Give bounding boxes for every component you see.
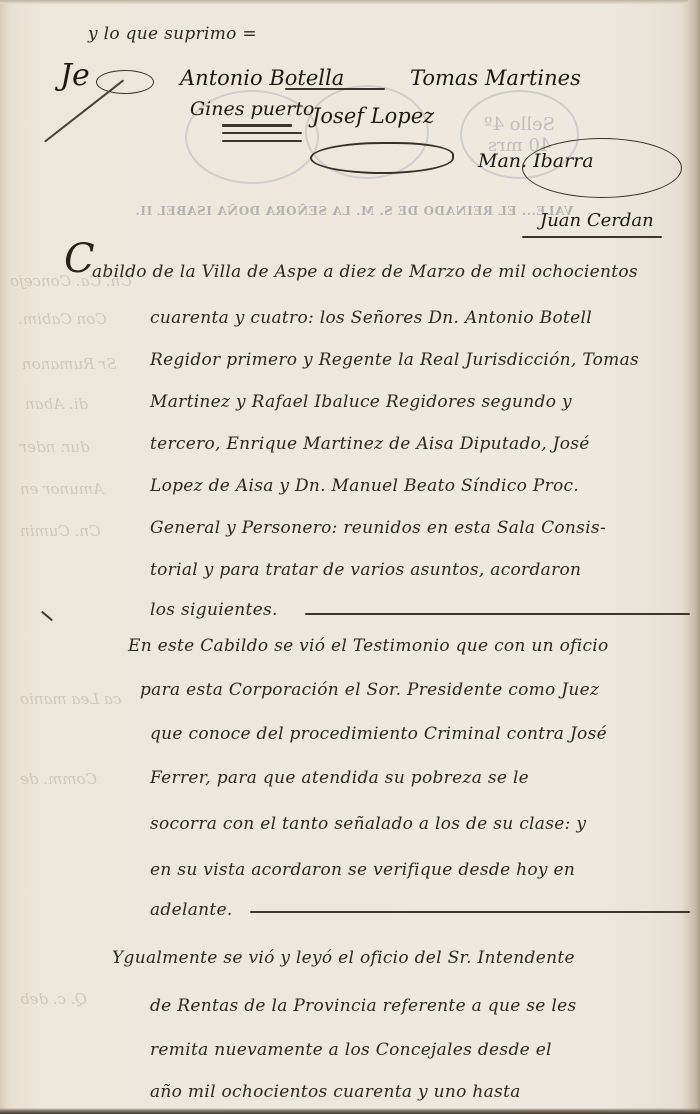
signature-underline xyxy=(222,140,302,142)
body-line: los siguientes. xyxy=(150,600,278,620)
manuscript-page: Cn. Ca. Concejo Con Cabim. Sr Rumanon di… xyxy=(0,0,700,1114)
signature-flourish xyxy=(522,138,682,198)
body-line: año mil ochocientos cuarenta y uno hasta xyxy=(150,1082,521,1102)
signature-underline xyxy=(522,236,662,238)
bleed-through-text: Cn. Cumin xyxy=(20,522,101,540)
paper-top-edge xyxy=(0,0,700,4)
body-line: adelante. xyxy=(150,900,233,920)
body-line: Lopez de Aisa y Dn. Manuel Beato Síndico… xyxy=(150,476,579,496)
body-line: tercero, Enrique Martinez de Aisa Diputa… xyxy=(150,434,590,454)
body-line: torial y para tratar de varios asuntos, … xyxy=(150,560,581,580)
body-line: en su vista acordaron se verifique desde… xyxy=(150,860,575,880)
signature-underline xyxy=(222,124,292,127)
line-filler-rule xyxy=(250,911,690,913)
bleed-through-text: dur. nder xyxy=(20,438,90,456)
signature-josef-lopez: Josef Lopez xyxy=(312,104,434,128)
body-line: Martinez y Rafael Ibaluce Regidores segu… xyxy=(150,392,572,412)
paper-bottom-edge xyxy=(0,1108,700,1114)
initial-letter: C xyxy=(64,236,95,282)
paper-spine-edge xyxy=(688,0,700,1114)
seal-text: Sello 4º xyxy=(484,114,555,135)
body-line: Ygualmente se vió y leyó el oficio del S… xyxy=(112,948,575,968)
reign-stamp-banner: VALE... EL REINADO DE S. M. LA SEÑORA DO… xyxy=(135,204,573,218)
bleed-through-text: Q. c. deb xyxy=(20,990,87,1008)
bleed-through-text: di. Aban xyxy=(25,395,88,413)
signature-underline xyxy=(285,88,385,90)
signature-antonio-botella: Antonio Botella xyxy=(180,66,344,90)
bleed-through-text: Sr Rumanon xyxy=(22,355,117,373)
bleed-through-text: Comm. de xyxy=(20,770,97,788)
signature-underline xyxy=(222,132,302,134)
body-line: Ferrer, para que atendida su pobreza se … xyxy=(150,768,529,788)
signature-flourish xyxy=(310,142,454,174)
line-filler-rule xyxy=(305,613,690,615)
body-line: socorra con el tanto señalado a los de s… xyxy=(150,814,586,834)
signature-juan-cerdan: Juan Cerdan xyxy=(540,210,654,231)
bleed-through-text: Amunor en xyxy=(20,480,104,498)
body-line: Regidor primero y Regente la Real Jurisd… xyxy=(150,350,639,370)
margin-mark xyxy=(41,611,53,622)
body-line: General y Personero: reunidos en esta Sa… xyxy=(150,518,606,538)
body-line: para esta Corporación el Sor. Presidente… xyxy=(140,680,599,700)
body-line: cuarenta y cuatro: los Señores Dn. Anton… xyxy=(150,308,592,328)
closing-line: y lo que suprimo = xyxy=(88,24,257,44)
body-line: de Rentas de la Provincia referente a qu… xyxy=(150,996,576,1016)
body-line: que conoce del procedimiento Criminal co… xyxy=(150,724,607,744)
bleed-through-text: ca Lea manio xyxy=(20,690,121,708)
initials-flourish: Je xyxy=(60,58,90,93)
body-line: En este Cabildo se vió el Testimonio que… xyxy=(128,636,609,656)
bleed-through-text: Con Cabim. xyxy=(18,310,107,328)
body-line: abildo de la Villa de Aspe a diez de Mar… xyxy=(92,262,638,282)
body-line: remita nuevamente a los Concejales desde… xyxy=(150,1040,552,1060)
flourish-loop xyxy=(96,70,154,94)
signature-gines-puerto: Gines puerto xyxy=(190,98,314,120)
signature-tomas-martines: Tomas Martines xyxy=(410,66,581,90)
